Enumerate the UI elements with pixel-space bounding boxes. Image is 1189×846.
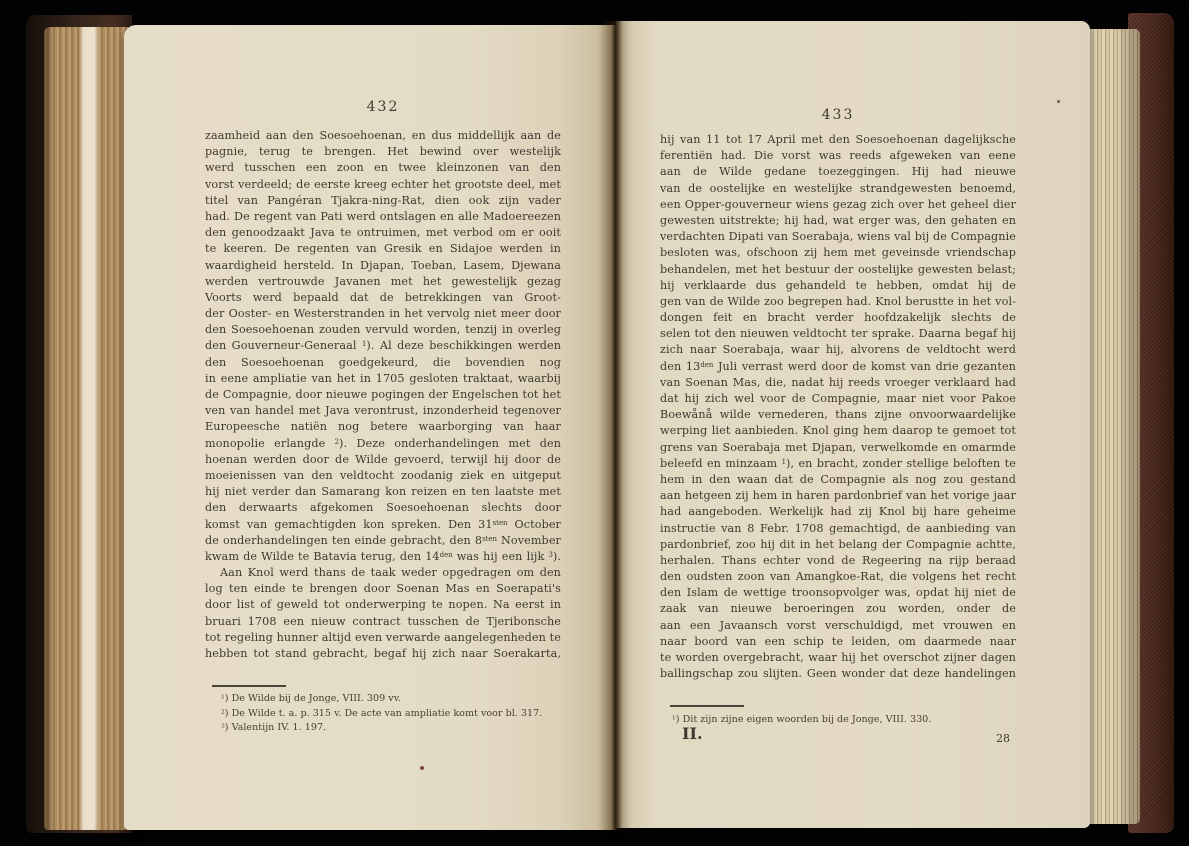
text-line: titel van Pangéran Tjakra-ning-Rat, dien… [205, 193, 561, 209]
text-line: Aan Knol werd thans de taak weder opgedr… [205, 565, 561, 581]
text-line: aan de Wilde gedane toezeggingen. Hij ha… [660, 164, 1016, 180]
text-line: besloten was, ofschoon zij hem met gevei… [660, 245, 1016, 261]
text-line: der Ooster- en Westerstranden in het ver… [205, 306, 561, 322]
text-line: gen van de Wilde zoo begrepen had. Knol … [660, 294, 1016, 310]
text-line: Boewånå wilde vernederen, thans zijne on… [660, 407, 1016, 423]
page-number-right: 433 [660, 107, 1016, 123]
text-line: door list of geweld tot onderwerping te … [205, 597, 561, 613]
text-line: tot regeling hunner altijd even verwarde… [205, 630, 561, 646]
text-line: zaak van nieuwe beroeringen zou worden, … [660, 601, 1016, 617]
text-line: aan hetgeen zij hem in haren pardonbrief… [660, 488, 1016, 504]
text-line: den Islam de wettige troonsopvolger was,… [660, 585, 1016, 601]
footnote-line: 1) Dit zijn zijne eigen woorden bij de J… [672, 713, 1022, 728]
text-line: den 13den Juli verrast werd door de koms… [660, 359, 1016, 375]
text-line: te worden overgebracht, waar hij het ove… [660, 650, 1016, 666]
footnote-rule-right [670, 705, 744, 707]
text-line: naar boord van een schip te leiden, om d… [660, 634, 1016, 650]
page-edges-right [1086, 29, 1140, 824]
paper-speck [420, 766, 424, 770]
text-line: den Soesoehoenan zouden vervuld worden, … [205, 322, 561, 338]
text-line: pardonbrief, zoo hij dit in het belang d… [660, 537, 1016, 553]
page-right-body-text: hij van 11 tot 17 April met den Soesoeho… [660, 132, 1016, 682]
text-line: werping liet aanbieden. Knol ging hem da… [660, 423, 1016, 439]
footnote-line: 2) De Wilde t. a. p. 315 v. De acte van … [221, 707, 571, 722]
text-line: hij verklaarde dus gehandeld te hebben, … [660, 278, 1016, 294]
text-line: had. De regent van Pati werd ontslagen e… [205, 209, 561, 225]
text-line: selen tot den nieuwen veldtocht ter spra… [660, 326, 1016, 342]
text-line: zich naar Soerabaja, waar hij, alvorens … [660, 342, 1016, 358]
footnotes-left: 1) De Wilde bij de Jonge, VIII. 309 vv.2… [221, 692, 571, 736]
footnote-line: 1) De Wilde bij de Jonge, VIII. 309 vv. [221, 692, 571, 707]
text-line: van de oostelijke en westelijke strandge… [660, 181, 1016, 197]
text-line: van Soenan Mas, die, nadat hij reeds vro… [660, 375, 1016, 391]
text-line: hebben tot stand gebracht, begaf hij zic… [205, 646, 561, 662]
text-line: grens van Soerabaja met Djapan, verwelko… [660, 440, 1016, 456]
text-line: den genoodzaakt Java te ontruimen, met v… [205, 225, 561, 241]
text-line: behandelen, met het bestuur der oostelij… [660, 262, 1016, 278]
text-line: log ten einde te brengen door Soenan Mas… [205, 581, 561, 597]
text-line: hoenan werden door de Wilde gevoerd, ter… [205, 452, 561, 468]
text-line: den Gouverneur-Generaal 1). Al deze besc… [205, 338, 561, 354]
text-line: de Compagnie, door nieuwe pogingen der E… [205, 387, 561, 403]
text-line: verdachten Dipati van Soerabaja, wiens v… [660, 229, 1016, 245]
text-line: aan een Javaansch vorst verschuldigd, me… [660, 618, 1016, 634]
text-line: den derwaarts afgekomen Soesoehoenan sle… [205, 500, 561, 516]
text-line: dat hij zich wel voor de Compagnie, maar… [660, 391, 1016, 407]
text-line: monopolie erlangde 2). Deze onderhandeli… [205, 436, 561, 452]
text-line: herhalen. Thans echter vond de Regeering… [660, 553, 1016, 569]
footnotes-right: 1) Dit zijn zijne eigen woorden bij de J… [672, 713, 1022, 728]
text-line: kwam de Wilde te Batavia terug, den 14de… [205, 549, 561, 565]
text-line: beleefd en minzaam 1), en bracht, zonder… [660, 456, 1016, 472]
text-line: zaamheid aan den Soesoehoenan, en dus mi… [205, 128, 561, 144]
text-line: ferentiën had. Die vorst was reeds afgew… [660, 148, 1016, 164]
text-line: de onderhandelingen ten einde gebracht, … [205, 533, 561, 549]
text-line: hij niet verder dan Samarang kon reizen … [205, 484, 561, 500]
page-left: 432 zaamheid aan den Soesoehoenan, en du… [124, 25, 616, 830]
text-line: komst van gemachtigden kon spreken. Den … [205, 517, 561, 533]
book-scan-photo: 432 zaamheid aan den Soesoehoenan, en du… [0, 0, 1189, 846]
text-line: Voorts werd bepaald dat de betrekkingen … [205, 290, 561, 306]
text-line: dongen feit en bracht verder hoofdzakeli… [660, 310, 1016, 326]
text-line: ballingschap zou slijten. Geen wonder da… [660, 666, 1016, 682]
text-line: hij van 11 tot 17 April met den Soesoeho… [660, 132, 1016, 148]
text-line: waardigheid hersteld. In Djapan, Toeban,… [205, 258, 561, 274]
text-line: een Opper-gouverneur wiens gezag zich ov… [660, 197, 1016, 213]
page-number-left: 432 [205, 99, 561, 115]
text-line: den Soesoehoenan goedgekeurd, die bovend… [205, 355, 561, 371]
page-edges-left [44, 27, 128, 830]
paper-speck [1057, 100, 1060, 103]
text-line: ven van handel met Java verontrust, inzo… [205, 403, 561, 419]
text-line: werd tusschen een zoon en twee kleinzone… [205, 160, 561, 176]
page-right: 433 hij van 11 tot 17 April met den Soes… [616, 21, 1090, 828]
text-line: bruari 1708 een nieuw contract tusschen … [205, 614, 561, 630]
footnote-rule-left [212, 685, 286, 687]
text-line: den oudsten zoon van Amangkoe-Rat, die v… [660, 569, 1016, 585]
text-line: in eene ampliatie van het in 1705 geslot… [205, 371, 561, 387]
sheet-number: 28 [996, 732, 1010, 745]
text-line: gewesten uitstrekte; hij had, wat erger … [660, 213, 1016, 229]
signature-mark: II. [682, 724, 703, 743]
text-line: pagnie, terug te brengen. Het bewind ove… [205, 144, 561, 160]
text-line: werden vertrouwde Javanen met het gewest… [205, 274, 561, 290]
text-line: vorst verdeeld; de eerste kreeg echter h… [205, 177, 561, 193]
page-left-body-text: zaamheid aan den Soesoehoenan, en dus mi… [205, 128, 561, 662]
text-line: had aangeboden. Werkelijk had zij Knol b… [660, 504, 1016, 520]
text-line: Europeesche natiën nog betere waarborgin… [205, 419, 561, 435]
text-line: te keeren. De regenten van Gresik en Sid… [205, 241, 561, 257]
text-line: moeienissen van den veldtocht zoodanig z… [205, 468, 561, 484]
footnote-line: 3) Valentijn IV. 1. 197. [221, 721, 571, 736]
text-line: hem in den waan dat de Compagnie als nog… [660, 472, 1016, 488]
text-line: instructie van 8 Febr. 1708 gemachtigd, … [660, 521, 1016, 537]
